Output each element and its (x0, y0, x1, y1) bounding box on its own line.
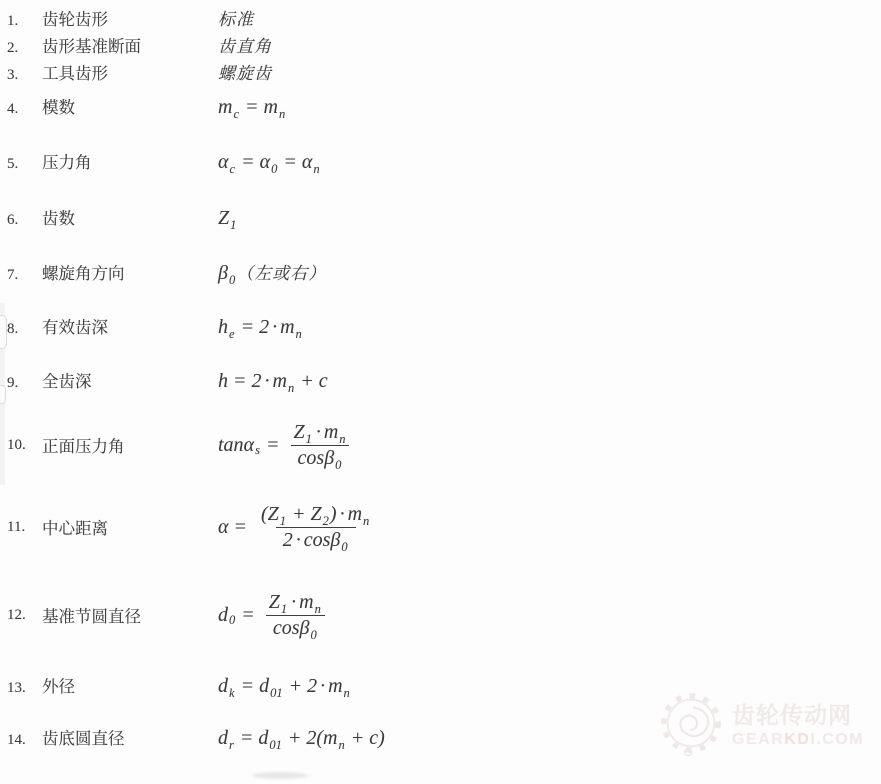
formula-variable: m (280, 316, 294, 339)
formula-variable: α (260, 151, 271, 174)
formula-operator: · (265, 370, 270, 393)
term-label: 中心距离 (42, 515, 218, 539)
formula-operator: · (272, 316, 277, 339)
row-number: 10. (0, 437, 42, 454)
term-label: 工具齿形 (42, 60, 218, 84)
formula-operator: = (233, 370, 247, 393)
term-row: 8. 有效齿深 he=2·mn (0, 314, 303, 339)
formula-variable: ) (378, 727, 385, 750)
term-row: 11. 中心距离 α=( Z1+Z2 )·mn2·cos β0 (0, 494, 379, 560)
formula-subscript: 01 (269, 738, 282, 753)
formula-variable: d (258, 727, 268, 750)
term-label: 基准节圆直径 (42, 603, 218, 627)
formula-operator: + (292, 503, 306, 526)
term-label: 齿数 (42, 205, 218, 229)
formula-subscript: n (339, 432, 345, 447)
term-label: 齿形基准断面 (42, 33, 218, 57)
document-page: 1. 齿轮齿形 标准 2. 齿形基准断面 齿直角 3. 工具齿形 螺旋齿 4. … (0, 0, 881, 784)
fraction-denominator: 2·cos β0 (276, 527, 356, 553)
formula-operator: = (234, 516, 248, 539)
term-formula: 螺旋齿 (218, 59, 272, 84)
formula-subscript: n (313, 162, 319, 177)
formula-variable: tan (218, 434, 244, 457)
scan-edge-mark (0, 315, 7, 349)
formula-operator: = (240, 727, 254, 750)
formula-cjk-text: （左或右） (236, 259, 326, 284)
term-label: 全齿深 (42, 368, 218, 392)
row-number: 14. (0, 732, 42, 749)
formula-subscript: n (279, 107, 285, 122)
formula-operator: · (320, 675, 325, 698)
formula-operator: = (241, 151, 255, 174)
term-row: 13. 外径 dk=d01+2·mn (0, 673, 351, 698)
row-number: 12. (0, 607, 42, 624)
term-formula: tan αs=Z1·mncos β0 (218, 420, 356, 471)
formula-operator: = (245, 96, 259, 119)
row-number: 2. (0, 40, 42, 57)
formula-subscript: 01 (270, 686, 283, 701)
formula-variable: m (299, 591, 313, 614)
term-formula: α=( Z1+Z2 )·mn2·cos β0 (218, 502, 379, 553)
formula-variable: d (218, 604, 228, 627)
fraction-denominator: cos β0 (291, 445, 350, 471)
formula-operator: · (340, 503, 345, 526)
formula-operator: · (296, 529, 301, 552)
term-formula: d0=Z1·mncos β0 (218, 590, 331, 641)
row-number: 5. (0, 156, 42, 173)
formula-subscript: r (229, 738, 234, 753)
fraction-denominator: cos β0 (266, 615, 325, 641)
formula-variable: 2 (283, 529, 293, 552)
formula-variable: Z (293, 421, 304, 444)
formula-variable: h (218, 370, 228, 393)
row-number: 1. (0, 13, 42, 30)
formula-subscript: n (315, 602, 321, 617)
formula-subscript: n (363, 514, 369, 529)
row-number: 9. (0, 375, 42, 392)
watermark-text: 齿轮传动网 GEARKDI.COM (732, 697, 864, 749)
term-label: 齿轮齿形 (42, 6, 218, 30)
formula-operator: = (241, 316, 255, 339)
formula-operator: · (291, 591, 296, 614)
formula-subscript: n (339, 738, 345, 753)
formula-variable: ( (261, 503, 268, 526)
term-row: 7. 螺旋角方向 β0（左或右） (0, 259, 326, 285)
formula-variable: cos (273, 617, 300, 640)
term-row: 14. 齿底圆直径 dr=d01+2(mn+c) (0, 725, 385, 750)
formula-cjk-text: 齿直角 (218, 32, 272, 57)
formula-subscript: 0 (229, 273, 235, 288)
term-row: 1. 齿轮齿形 标准 (0, 5, 254, 30)
term-row: 9. 全齿深 h=2·mn+c (0, 368, 328, 393)
row-number: 7. (0, 267, 42, 284)
fraction: Z1·mncos β0 (286, 420, 353, 471)
term-label: 正面压力角 (42, 433, 218, 457)
formula-operator: + (288, 727, 302, 750)
term-label: 螺旋角方向 (42, 260, 218, 284)
term-formula: mc=mn (218, 96, 286, 119)
fraction-numerator: ( Z1+Z2 )·mn (254, 502, 377, 527)
formula-subscript: 2 (323, 514, 329, 529)
term-formula: β0（左或右） (218, 259, 326, 285)
formula-variable: α (302, 151, 313, 174)
watermark-domain-part: KD (784, 731, 810, 748)
watermark: 齿轮传动网 GEARKDI.COM (656, 686, 864, 760)
formula-subscript: 0 (335, 458, 341, 473)
formula-subscript: n (344, 686, 350, 701)
formula-operator: = (266, 434, 280, 457)
formula-subscript: k (229, 686, 235, 701)
formula-variable: ) (330, 503, 337, 526)
term-label: 压力角 (42, 149, 218, 173)
formula-variable: α (218, 151, 229, 174)
formula-variable: m (218, 96, 232, 119)
formula-cjk-text: 标准 (218, 5, 254, 30)
formula-variable: m (328, 675, 342, 698)
formula-variable: h (218, 316, 228, 339)
term-formula: Z1 (218, 207, 237, 230)
formula-variable: Z (311, 503, 322, 526)
term-row: 3. 工具齿形 螺旋齿 (0, 59, 272, 84)
formula-subscript: e (229, 327, 235, 342)
watermark-domain-part: I.COM (810, 731, 864, 748)
row-number: 4. (0, 101, 42, 118)
term-formula: he=2·mn (218, 316, 303, 339)
formula-variable: α (218, 516, 229, 539)
formula-operator: + (351, 727, 365, 750)
term-formula: 齿直角 (218, 32, 272, 57)
term-row: 12. 基准节圆直径 d0=Z1·mncos β0 (0, 582, 331, 648)
watermark-site-name: 齿轮传动网 (732, 697, 864, 730)
term-row: 2. 齿形基准断面 齿直角 (0, 32, 272, 57)
fraction-numerator: Z1·mn (286, 420, 353, 445)
term-formula: dk=d01+2·mn (218, 675, 351, 698)
formula-subscript: c (230, 162, 236, 177)
term-formula: dr=d01+2(mn+c) (218, 727, 385, 750)
formula-variable: cos (298, 447, 325, 470)
formula-variable: 2 (307, 675, 317, 698)
term-row: 6. 齿数 Z1 (0, 205, 237, 230)
formula-operator: = (241, 604, 255, 627)
formula-variable: 2 (252, 370, 262, 393)
formula-subscript: 0 (310, 628, 316, 643)
formula-subscript: 0 (271, 162, 277, 177)
formula-variable: m (324, 421, 338, 444)
formula-variable: m (264, 96, 278, 119)
formula-variable: m (273, 370, 287, 393)
formula-subscript: s (255, 443, 260, 458)
formula-subscript: 0 (229, 613, 235, 628)
formula-variable: β (218, 262, 228, 285)
formula-subscript: 1 (230, 218, 236, 233)
formula-variable: m (348, 503, 362, 526)
watermark-domain: GEARKDI.COM (732, 731, 864, 749)
formula-variable: Z (269, 591, 280, 614)
formula-variable: c (319, 370, 328, 393)
formula-variable: α (244, 434, 255, 457)
formula-variable: c (369, 727, 378, 750)
formula-variable: β (330, 529, 340, 552)
formula-variable: β (300, 617, 310, 640)
term-row: 10. 正面压力角 tan αs=Z1·mncos β0 (0, 414, 356, 476)
formula-subscript: 1 (280, 514, 286, 529)
term-formula: 标准 (218, 5, 254, 30)
formula-subscript: n (296, 327, 302, 342)
formula-variable: Z (268, 503, 279, 526)
row-number: 13. (0, 680, 42, 697)
fraction-numerator: Z1·mn (262, 590, 329, 615)
term-formula: αc=α0=αn (218, 151, 321, 174)
formula-variable: 2( (306, 727, 323, 750)
formula-operator: = (283, 151, 297, 174)
formula-variable: d (218, 727, 228, 750)
scan-smudge (252, 772, 308, 779)
formula-operator: = (241, 675, 255, 698)
term-label: 模数 (42, 94, 218, 118)
formula-variable: m (323, 727, 337, 750)
watermark-domain-part: GEAR (732, 731, 784, 748)
term-row: 5. 压力角 αc=α0=αn (0, 149, 321, 174)
formula-variable: cos (304, 529, 331, 552)
formula-variable: Z (218, 207, 229, 230)
fraction: Z1·mncos β0 (262, 590, 329, 641)
formula-variable: β (324, 447, 334, 470)
row-number: 3. (0, 67, 42, 84)
formula-subscript: n (288, 381, 294, 396)
fraction: ( Z1+Z2 )·mn2·cos β0 (254, 502, 377, 553)
formula-operator: · (316, 421, 321, 444)
formula-variable: d (218, 675, 228, 698)
formula-subscript: 0 (341, 540, 347, 555)
formula-subscript: 1 (281, 602, 287, 617)
term-formula: h=2·mn+c (218, 370, 328, 393)
formula-cjk-text: 螺旋齿 (218, 59, 272, 84)
row-number: 6. (0, 212, 42, 229)
formula-variable: 2 (259, 316, 269, 339)
term-label: 有效齿深 (42, 314, 218, 338)
term-row: 4. 模数 mc=mn (0, 94, 286, 119)
scan-edge-mark (0, 385, 6, 404)
gear-logo-icon (656, 686, 728, 760)
formula-subscript: c (233, 107, 239, 122)
formula-subscript: 1 (306, 432, 312, 447)
term-label: 齿底圆直径 (42, 725, 218, 749)
formula-operator: + (289, 675, 303, 698)
formula-operator: + (300, 370, 314, 393)
row-number: 11. (0, 519, 42, 536)
term-label: 外径 (42, 673, 218, 697)
formula-variable: d (259, 675, 269, 698)
